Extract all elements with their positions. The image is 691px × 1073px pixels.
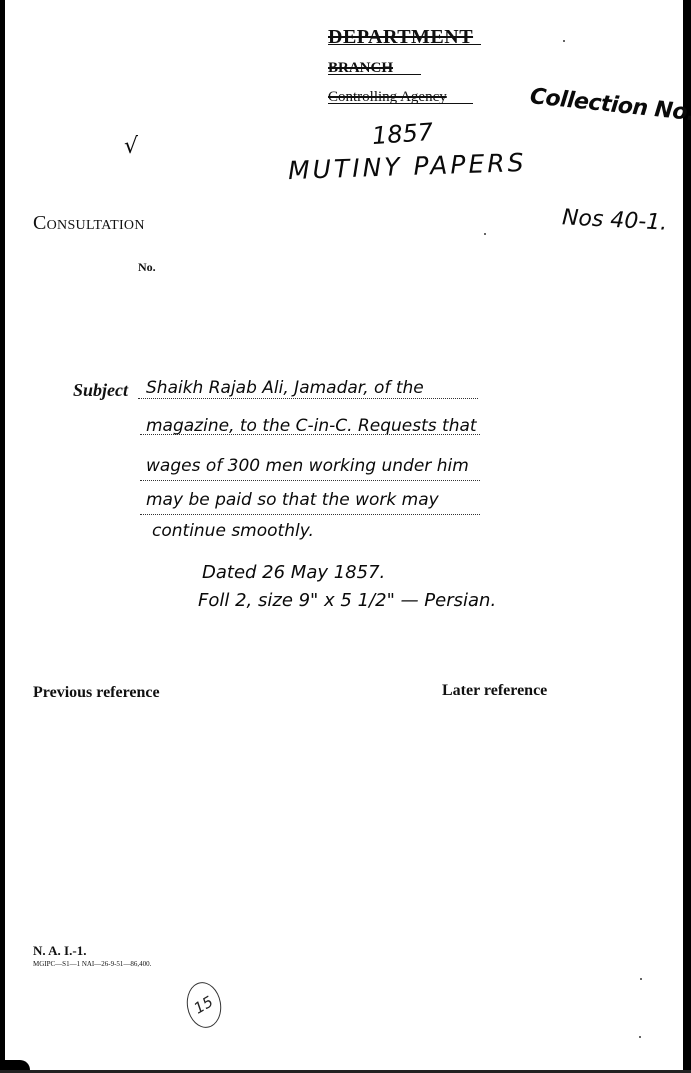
scan-speck <box>640 978 642 980</box>
printer-imprint: MGIPC—S1—1 NAI—26-9-51—86,400. <box>33 960 151 968</box>
controlling-agency-label: Controlling Agency <box>328 89 447 106</box>
scan-speck <box>639 1036 641 1038</box>
scan-border-right <box>683 0 691 1073</box>
consultation-no-label: No. <box>138 260 156 275</box>
year-annotation: 1857 <box>371 118 434 150</box>
department-label: DEPARTMENT <box>328 26 473 49</box>
subject-line: magazine, to the C-in-C. Requests that <box>146 416 477 436</box>
page-number-stamp: 15 <box>183 979 224 1030</box>
branch-label: BRANCH <box>328 60 393 77</box>
dated-line: Dated 26 May 1857. <box>202 562 385 583</box>
scan-border-left <box>0 0 5 1073</box>
subject-dotted-rule <box>140 514 480 515</box>
numbers-note: Nos 40-1. <box>561 205 667 235</box>
subject-label: Subject <box>73 380 128 401</box>
subject-line: Shaikh Rajab Ali, Jamadar, of the <box>146 378 424 398</box>
collection-note: Collection No.62 <box>529 84 691 129</box>
subject-dotted-rule <box>140 480 480 481</box>
subject-line: continue smoothly. <box>152 521 314 541</box>
scan-speck <box>563 40 565 42</box>
subject-dotted-rule <box>138 398 478 399</box>
page-number: 15 <box>191 992 217 1017</box>
later-reference-label: Later reference <box>442 682 547 700</box>
consultation-label: Consultation <box>33 212 145 235</box>
subject-line: may be paid so that the work may <box>146 490 439 510</box>
check-mark-icon: √ <box>124 134 138 159</box>
folios-line: Foll 2, size 9" x 5 1/2" — Persian. <box>198 590 496 611</box>
form-id: N. A. I.-1. <box>33 943 86 959</box>
subject-line: wages of 300 men working under him <box>146 456 469 476</box>
scan-speck <box>484 233 486 235</box>
previous-reference-label: Previous reference <box>33 684 160 702</box>
series-title: MUTINY PAPERS <box>288 148 527 185</box>
